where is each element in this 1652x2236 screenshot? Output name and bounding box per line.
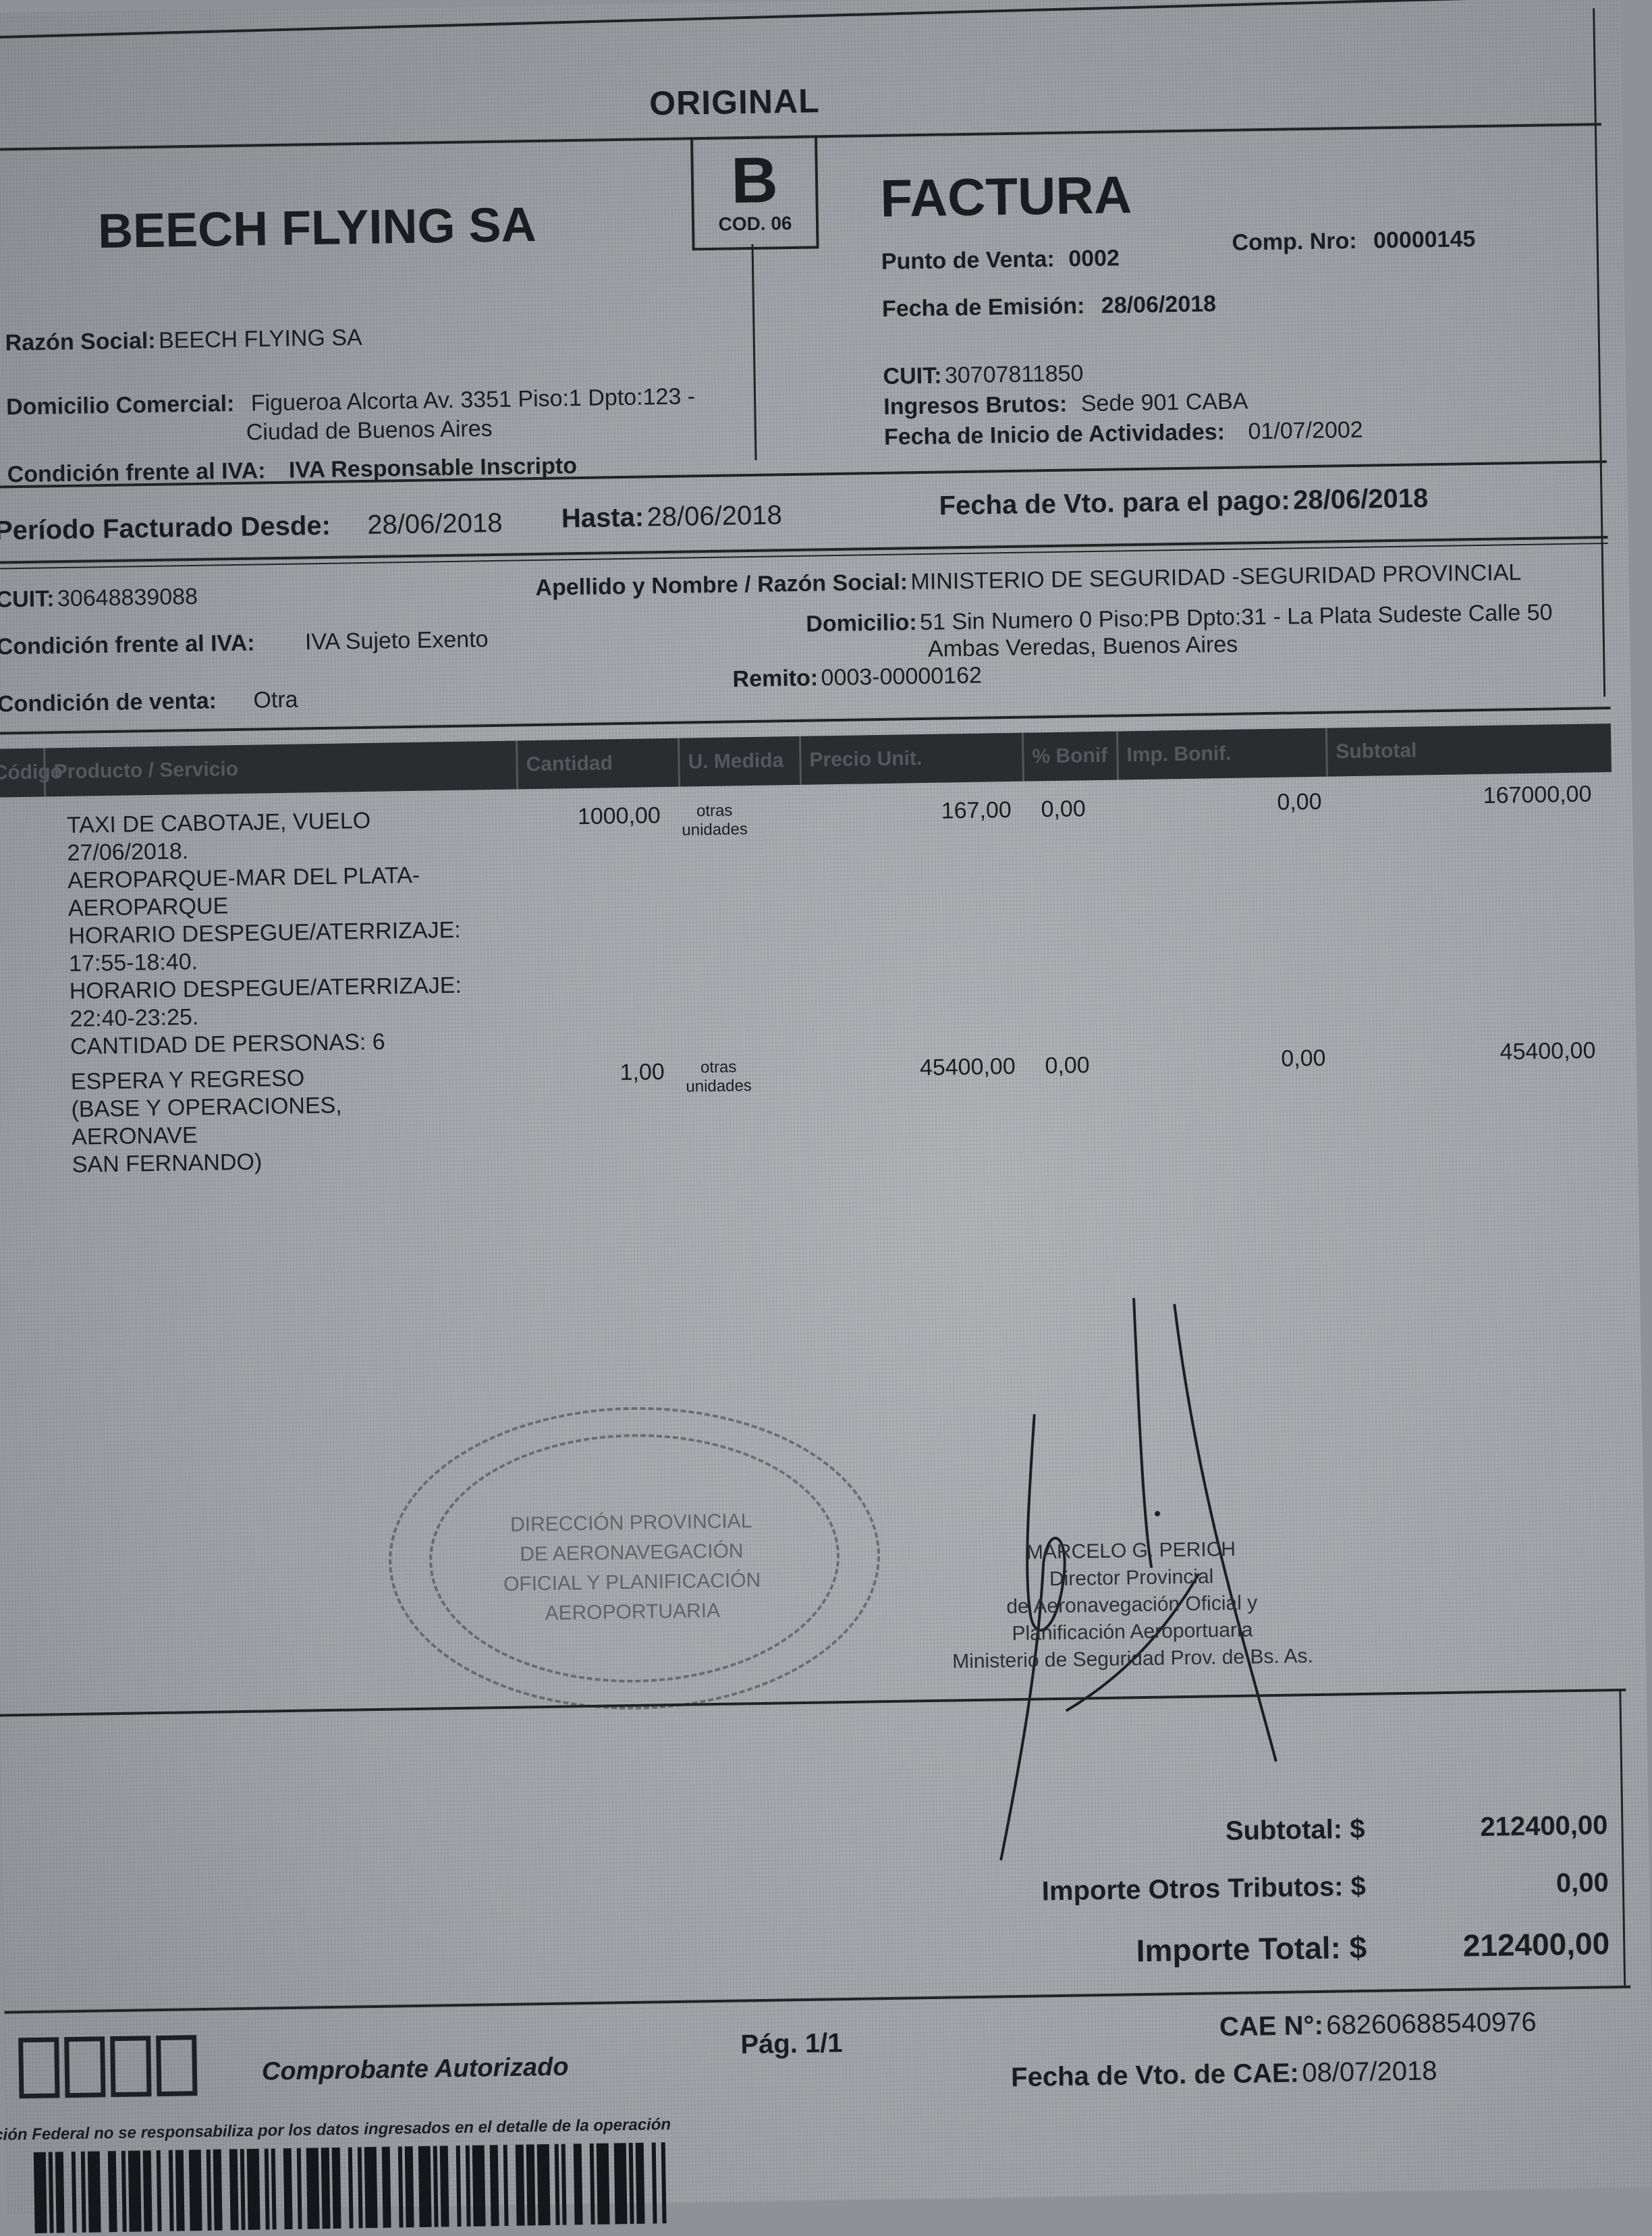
- fecha-emision-label: Fecha de Emisión:: [882, 293, 1085, 322]
- invoice-paper: ORIGINAL BEECH FLYING SA B COD. 06 Razón…: [0, 0, 1652, 2203]
- signer-block: MARCELO G. PERICH Director Provincial de…: [922, 1534, 1342, 1676]
- ingresos-brutos-row: Ingresos Brutos: Sede 901 CABA: [883, 388, 1248, 420]
- col-codigo: Código: [0, 748, 46, 797]
- client-nombre-label: Apellido y Nombre / Razón Social:: [535, 569, 908, 601]
- total-label: Importe Total: $: [1016, 1929, 1367, 1971]
- client-venta-row: Condición de venta: Otra: [0, 687, 298, 718]
- cae-row: CAE N°: 68260688540976: [1219, 2007, 1537, 2042]
- client-nombre-row: Apellido y Nombre / Razón Social: MINIST…: [535, 560, 1521, 601]
- period-desde-row: Período Facturado Desde: 28/06/2018: [0, 508, 503, 547]
- col-subtotal: Subtotal: [1327, 724, 1612, 777]
- comp-nro-label: Comp. Nro:: [1232, 228, 1357, 256]
- ingresos-brutos-label: Ingresos Brutos:: [883, 391, 1068, 420]
- razon-social-label: Razón Social:: [5, 328, 156, 356]
- row2-unidad: otras unidades: [671, 1058, 766, 1097]
- copy-label: ORIGINAL: [649, 81, 820, 123]
- client-cuit-value: 30648839088: [57, 584, 198, 611]
- period-desde-value: 28/06/2018: [367, 508, 503, 540]
- col-precio: Precio Unit.: [801, 733, 1024, 785]
- domicilio-row: Domicilio Comercial: Figueroa Alcorta Av…: [6, 383, 696, 420]
- barcode: [34, 2142, 683, 2203]
- top-border: [0, 0, 1599, 39]
- client-venta-value: Otra: [253, 687, 298, 713]
- period-hasta-row: Hasta: 28/06/2018: [561, 500, 783, 534]
- issuer-cuit-label: CUIT:: [883, 363, 941, 389]
- inicio-actividades-row: Fecha de Inicio de Actividades: 01/07/20…: [884, 417, 1363, 451]
- period-vto-value: 28/06/2018: [1293, 483, 1429, 515]
- cae-vto-row: Fecha de Vto. de CAE: 08/07/2018: [1011, 2056, 1437, 2093]
- fecha-emision-value: 28/06/2018: [1101, 291, 1217, 319]
- inicio-actividades-value: 01/07/2002: [1248, 417, 1363, 445]
- col-bonif-pct: % Bonif: [1024, 731, 1119, 781]
- period-hasta-label: Hasta:: [561, 502, 644, 533]
- domicilio-line1: Figueroa Alcorta Av. 3351 Piso:1 Dpto:12…: [250, 383, 695, 416]
- cae-vto-label: Fecha de Vto. de CAE:: [1011, 2058, 1299, 2093]
- invoice-letter-box: B COD. 06: [690, 135, 819, 250]
- items-table-header: Código Producto / Servicio Cantidad U. M…: [0, 724, 1612, 798]
- client-domicilio-line2: Ambas Veredas, Buenos Aires: [928, 632, 1238, 663]
- col-imp-bonif: Imp. Bonif.: [1118, 728, 1328, 780]
- client-cuit-label: CUIT:: [0, 586, 55, 612]
- row1-descripcion: TAXI DE CABOTAJE, VUELO 27/06/2018. AERO…: [67, 806, 463, 1061]
- col-cantidad: Cantidad: [518, 738, 680, 790]
- disclaimer: Esta Administración Federal no se respon…: [0, 2115, 671, 2147]
- otros-tributos-label: Importe Otros Tributos: $: [947, 1872, 1367, 1909]
- razon-social-value: BEECH FLYING SA: [159, 325, 362, 354]
- cae-value: 68260688540976: [1326, 2007, 1537, 2040]
- invoice-letter: B: [693, 147, 815, 214]
- period-desde-label: Período Facturado Desde:: [0, 511, 331, 546]
- comp-nro-value: 00000145: [1373, 226, 1476, 253]
- afip-logo: [18, 2035, 197, 2098]
- domicilio-label: Domicilio Comercial:: [6, 391, 235, 420]
- col-producto: Producto / Servicio: [45, 740, 518, 796]
- cae-vto-value: 08/07/2018: [1302, 2056, 1437, 2088]
- authorized-label: Comprobante Autorizado: [262, 2053, 569, 2087]
- client-nombre-value: MINISTERIO DE SEGURIDAD -SEGURIDAD PROVI…: [910, 560, 1521, 595]
- invoice-code: COD. 06: [694, 212, 816, 236]
- row1-cantidad: 1000,00: [539, 802, 661, 831]
- client-domicilio-line1: 51 Sin Numero 0 Piso:PB Dpto:31 - La Pla…: [920, 599, 1553, 635]
- row2-bonif-pct: 0,00: [1022, 1052, 1090, 1080]
- punto-venta-label: Punto de Venta:: [881, 246, 1055, 275]
- period-hasta-value: 28/06/2018: [646, 500, 782, 532]
- client-iva-row: Condición frente al IVA: IVA Sujeto Exen…: [0, 626, 489, 660]
- subtotal-label: Subtotal: $: [1014, 1814, 1365, 1850]
- punto-venta-value: 0002: [1068, 245, 1120, 271]
- client-iva-label: Condición frente al IVA:: [0, 630, 255, 660]
- period-vto-row: Fecha de Vto. para el pago: 28/06/2018: [939, 483, 1428, 521]
- client-domicilio-label: Domicilio:: [806, 609, 917, 637]
- totals-right-border: [1619, 1689, 1626, 1986]
- domicilio-line2: Ciudad de Buenos Aires: [246, 416, 493, 446]
- row1-subtotal: 167000,00: [1436, 781, 1592, 810]
- issuer-cuit-row: CUIT: 30707811850: [883, 360, 1083, 390]
- page-number: Pág. 1/1: [740, 2028, 843, 2060]
- col-unidad: U. Medida: [680, 736, 802, 787]
- row1-unidad: otras unidades: [667, 801, 762, 840]
- client-remito-label: Remito:: [732, 665, 818, 692]
- row2-imp-bonif: 0,00: [1244, 1045, 1326, 1073]
- razon-social-row: Razón Social: BEECH FLYING SA: [5, 325, 362, 356]
- otros-tributos-value: 0,00: [1419, 1867, 1609, 1901]
- row2-cantidad: 1,00: [543, 1059, 665, 1087]
- fecha-emision-row: Fecha de Emisión: 28/06/2018: [882, 291, 1217, 323]
- period-vto-label: Fecha de Vto. para el pago:: [939, 485, 1290, 520]
- ingresos-brutos-value: Sede 901 CABA: [1080, 388, 1248, 416]
- doc-type: FACTURA: [880, 164, 1132, 229]
- row2-descripcion: ESPERA Y REGRESO (BASE Y OPERACIONES, AE…: [71, 1064, 343, 1179]
- row2-subtotal: 45400,00: [1440, 1037, 1596, 1066]
- right-border: [1593, 8, 1605, 697]
- client-remito-row: Remito: 0003-00000162: [732, 663, 982, 693]
- cae-label: CAE N°:: [1219, 2011, 1323, 2042]
- issuer-name: BEECH FLYING SA: [97, 197, 536, 259]
- row2-precio: 45400,00: [866, 1054, 1016, 1082]
- client-venta-label: Condición de venta:: [0, 688, 217, 717]
- comp-nro-row: Comp. Nro: 00000145: [1232, 226, 1475, 256]
- punto-venta-row: Punto de Venta: 0002: [881, 245, 1120, 275]
- total-value: 212400,00: [1387, 1925, 1610, 1965]
- totals-top-line: [0, 1689, 1626, 1717]
- subtotal-value: 212400,00: [1419, 1810, 1608, 1843]
- client-remito-value: 0003-00000162: [821, 663, 982, 691]
- client-cuit-row: CUIT: 30648839088: [0, 584, 198, 613]
- row1-bonif-pct: 0,00: [1018, 796, 1086, 823]
- issuer-cuit-value: 30707811850: [945, 360, 1084, 388]
- header-divider: [752, 244, 757, 460]
- row1-imp-bonif: 0,00: [1240, 789, 1322, 817]
- client-iva-value: IVA Sujeto Exento: [305, 626, 489, 655]
- inicio-actividades-label: Fecha de Inicio de Actividades:: [884, 419, 1226, 450]
- stamp-text: DIRECCIÓN PROVINCIAL DE AERONAVEGACIÓN O…: [456, 1506, 808, 1630]
- row1-precio: 167,00: [862, 797, 1012, 825]
